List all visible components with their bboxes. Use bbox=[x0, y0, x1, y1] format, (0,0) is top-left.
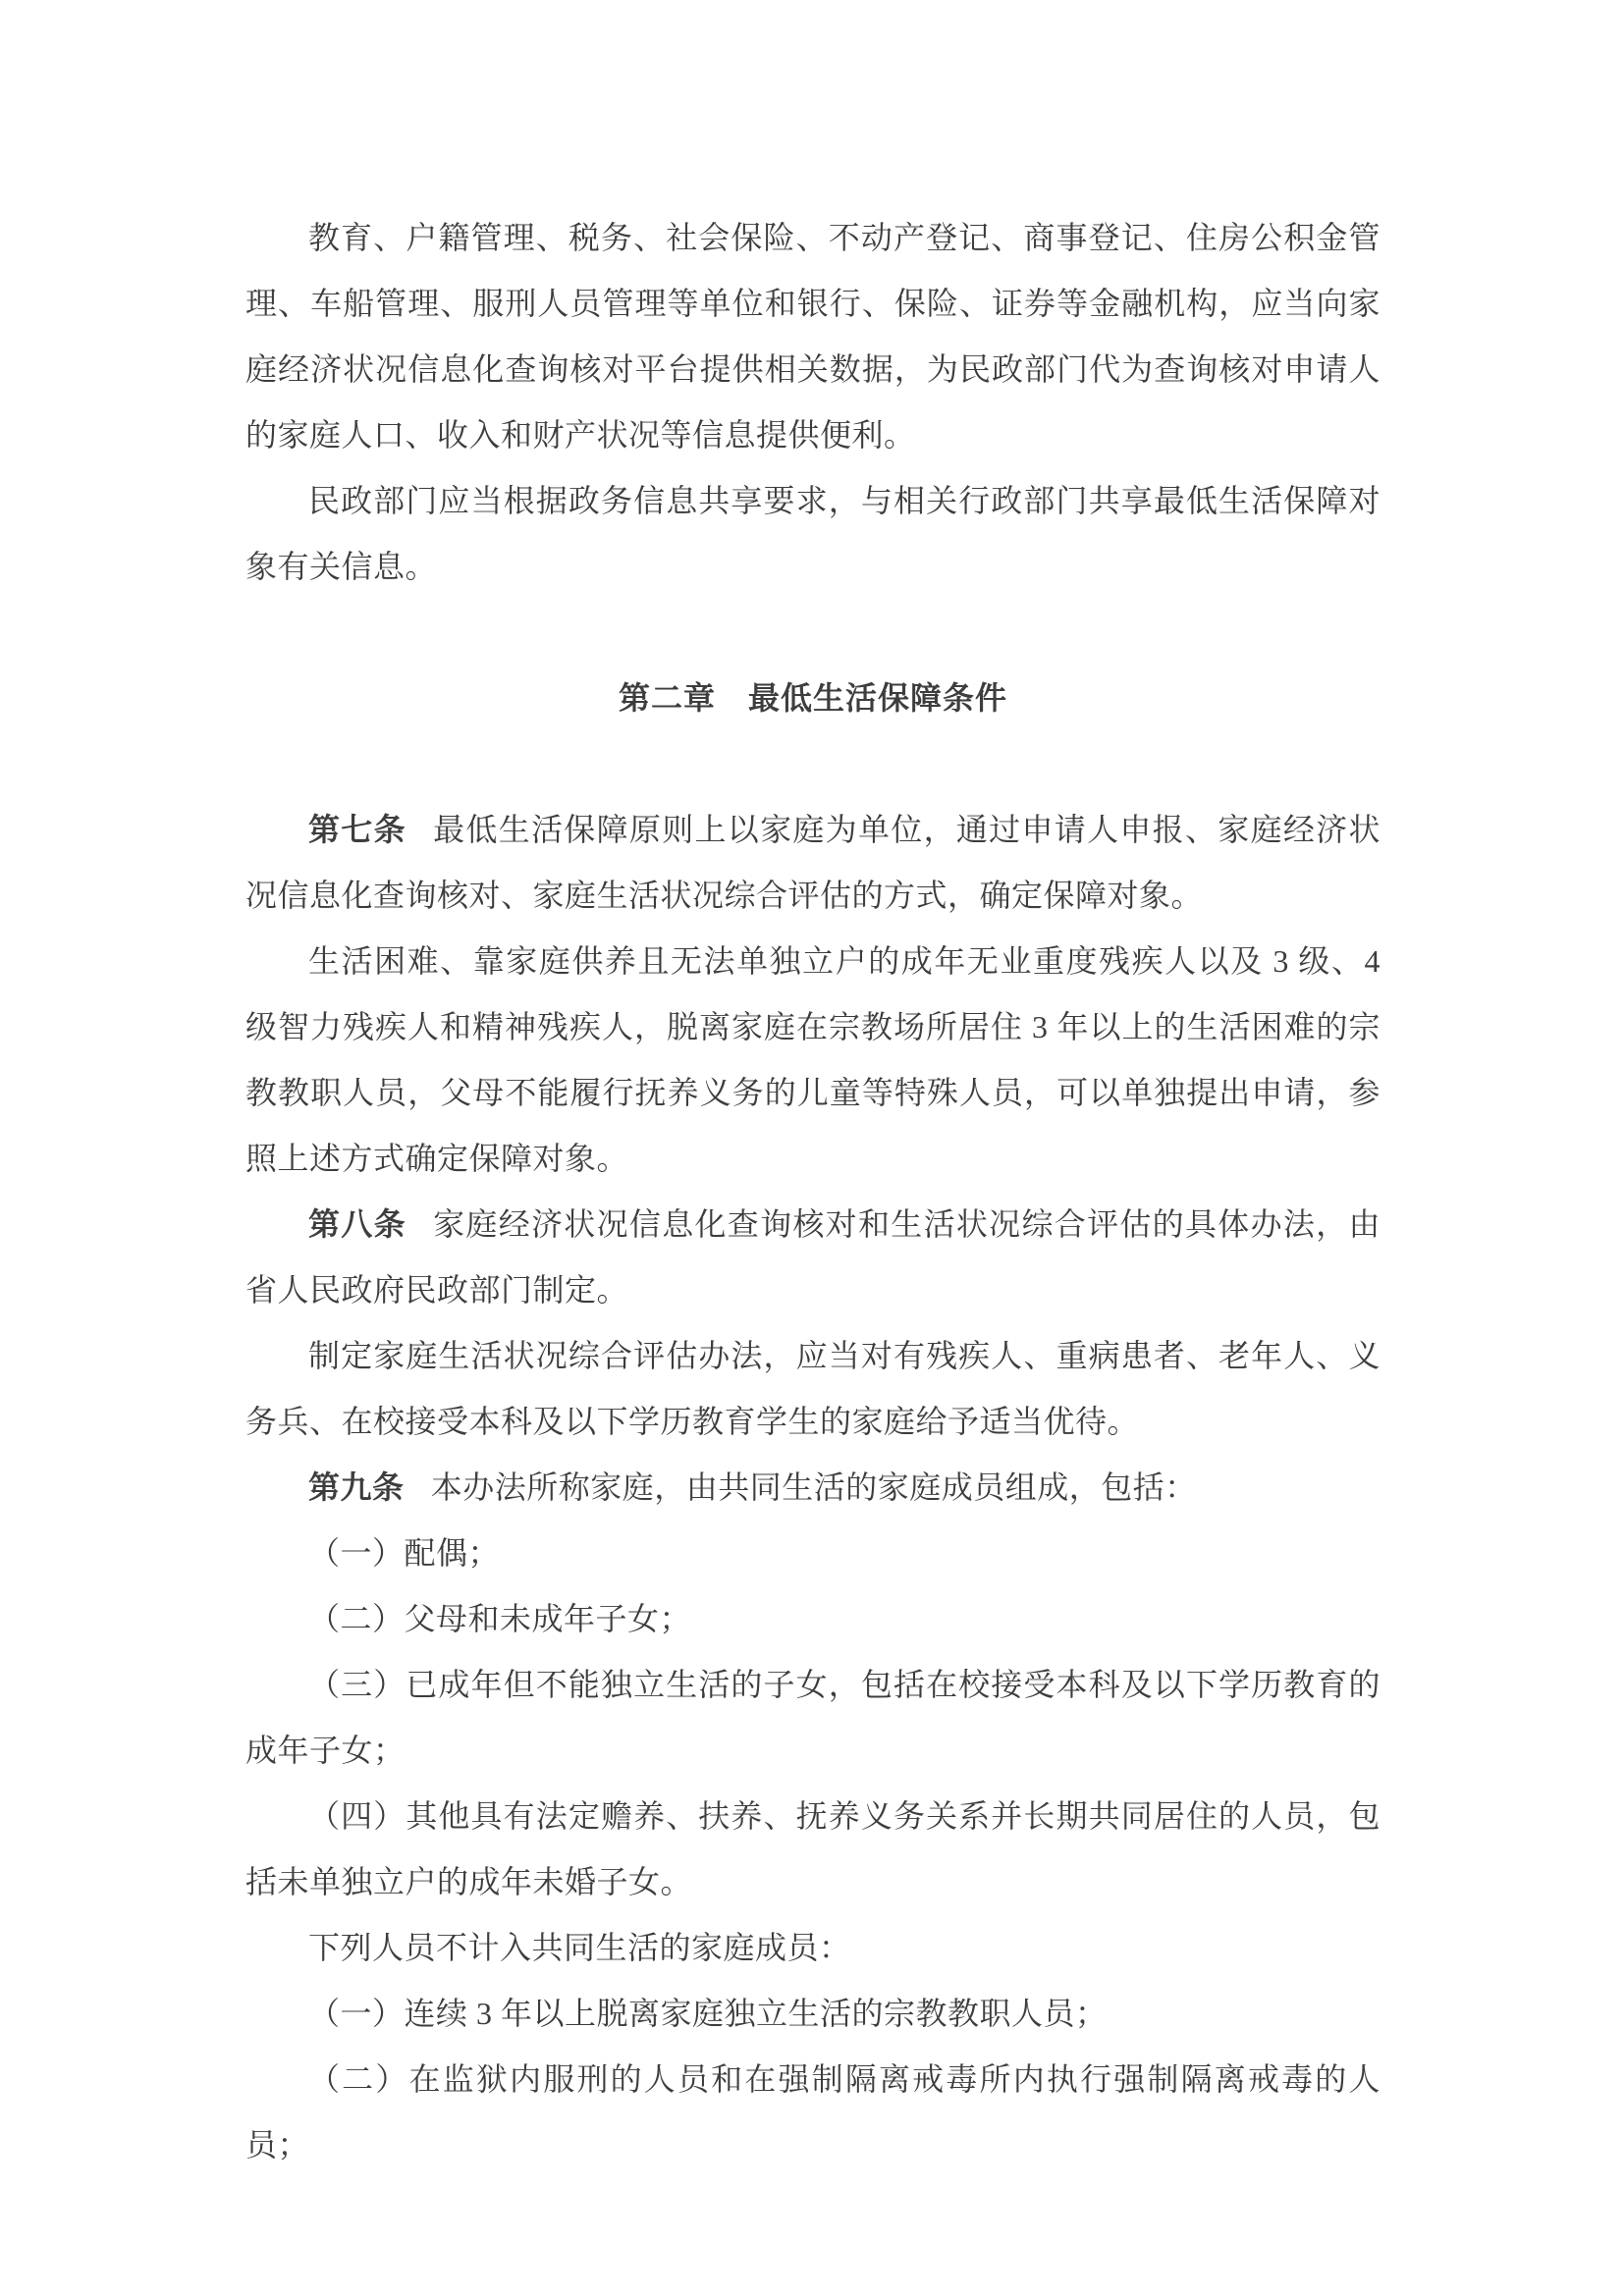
chapter-heading-text: 第二章 最低生活保障条件 bbox=[619, 680, 1007, 716]
document-content: 教育、户籍管理、税务、社会保险、不动产登记、商事登记、住房公积金管理、车船管理、… bbox=[245, 205, 1380, 2178]
list-item: （一）连续 3 年以上脱离家庭独立生活的宗教教职人员； bbox=[245, 1981, 1380, 2047]
paragraph-text: （二）父母和未成年子女； bbox=[308, 1601, 691, 1636]
list-item: （一）配偶； bbox=[245, 1521, 1380, 1586]
body-paragraph: 第九条本办法所称家庭，由共同生活的家庭成员组成，包括： bbox=[245, 1455, 1380, 1521]
chapter-heading: 第二章 最低生活保障条件 bbox=[245, 666, 1380, 731]
paragraph-text: 家庭经济状况信息化查询核对和生活状况综合评估的具体办法，由省人民政府民政部门制定… bbox=[245, 1206, 1380, 1308]
list-item: （三）已成年但不能独立生活的子女，包括在校接受本科及以下学历教育的成年子女； bbox=[245, 1652, 1380, 1784]
article-number-label: 第七条 bbox=[308, 812, 406, 847]
body-paragraph: 教育、户籍管理、税务、社会保险、不动产登记、商事登记、住房公积金管理、车船管理、… bbox=[245, 205, 1380, 468]
paragraph-text: （一）配偶； bbox=[308, 1535, 500, 1571]
body-paragraph: 下列人员不计入共同生活的家庭成员： bbox=[245, 1915, 1380, 1981]
article-number-label: 第九条 bbox=[308, 1469, 405, 1505]
paragraph-text: 民政部门应当根据政务信息共享要求，与相关行政部门共享最低生活保障对象有关信息。 bbox=[245, 483, 1380, 584]
paragraph-text: 生活困难、靠家庭供养且无法单独立户的成年无业重度残疾人以及 3 级、4 级智力残… bbox=[245, 943, 1380, 1176]
article-number-label: 第八条 bbox=[308, 1206, 406, 1242]
body-paragraph: 民政部门应当根据政务信息共享要求，与相关行政部门共享最低生活保障对象有关信息。 bbox=[245, 468, 1380, 600]
paragraph-text: 制定家庭生活状况综合评估办法，应当对有残疾人、重病患者、老年人、义务兵、在校接受… bbox=[245, 1338, 1380, 1439]
paragraph-text: 本办法所称家庭，由共同生活的家庭成员组成，包括： bbox=[431, 1469, 1197, 1505]
list-item: （四）其他具有法定赡养、扶养、抚养义务关系并长期共同居住的人员，包括未单独立户的… bbox=[245, 1784, 1380, 1915]
paragraph-text: 下列人员不计入共同生活的家庭成员： bbox=[308, 1930, 851, 1965]
body-paragraph: 生活困难、靠家庭供养且无法单独立户的成年无业重度残疾人以及 3 级、4 级智力残… bbox=[245, 929, 1380, 1192]
paragraph-text: 教育、户籍管理、税务、社会保险、不动产登记、商事登记、住房公积金管理、车船管理、… bbox=[245, 220, 1380, 453]
paragraph-text: （三）已成年但不能独立生活的子女，包括在校接受本科及以下学历教育的成年子女； bbox=[245, 1667, 1380, 1768]
paragraph-text: （二）在监狱内服刑的人员和在强制隔离戒毒所内执行强制隔离戒毒的人员； bbox=[245, 2061, 1380, 2163]
body-paragraph: 第八条家庭经济状况信息化查询核对和生活状况综合评估的具体办法，由省人民政府民政部… bbox=[245, 1192, 1380, 1323]
document-page: 教育、户籍管理、税务、社会保险、不动产登记、商事登记、住房公积金管理、车船管理、… bbox=[0, 0, 1624, 2296]
list-item: （二）在监狱内服刑的人员和在强制隔离戒毒所内执行强制隔离戒毒的人员； bbox=[245, 2047, 1380, 2178]
body-paragraph: 第七条最低生活保障原则上以家庭为单位，通过申请人申报、家庭经济状况信息化查询核对… bbox=[245, 797, 1380, 929]
body-paragraph: 制定家庭生活状况综合评估办法，应当对有残疾人、重病患者、老年人、义务兵、在校接受… bbox=[245, 1323, 1380, 1455]
paragraph-text: 最低生活保障原则上以家庭为单位，通过申请人申报、家庭经济状况信息化查询核对、家庭… bbox=[245, 812, 1380, 913]
list-item: （二）父母和未成年子女； bbox=[245, 1586, 1380, 1652]
paragraph-text: （四）其他具有法定赡养、扶养、抚养义务关系并长期共同居住的人员，包括未单独立户的… bbox=[245, 1798, 1380, 1899]
paragraph-text: （一）连续 3 年以上脱离家庭独立生活的宗教教职人员； bbox=[308, 1996, 1108, 2031]
